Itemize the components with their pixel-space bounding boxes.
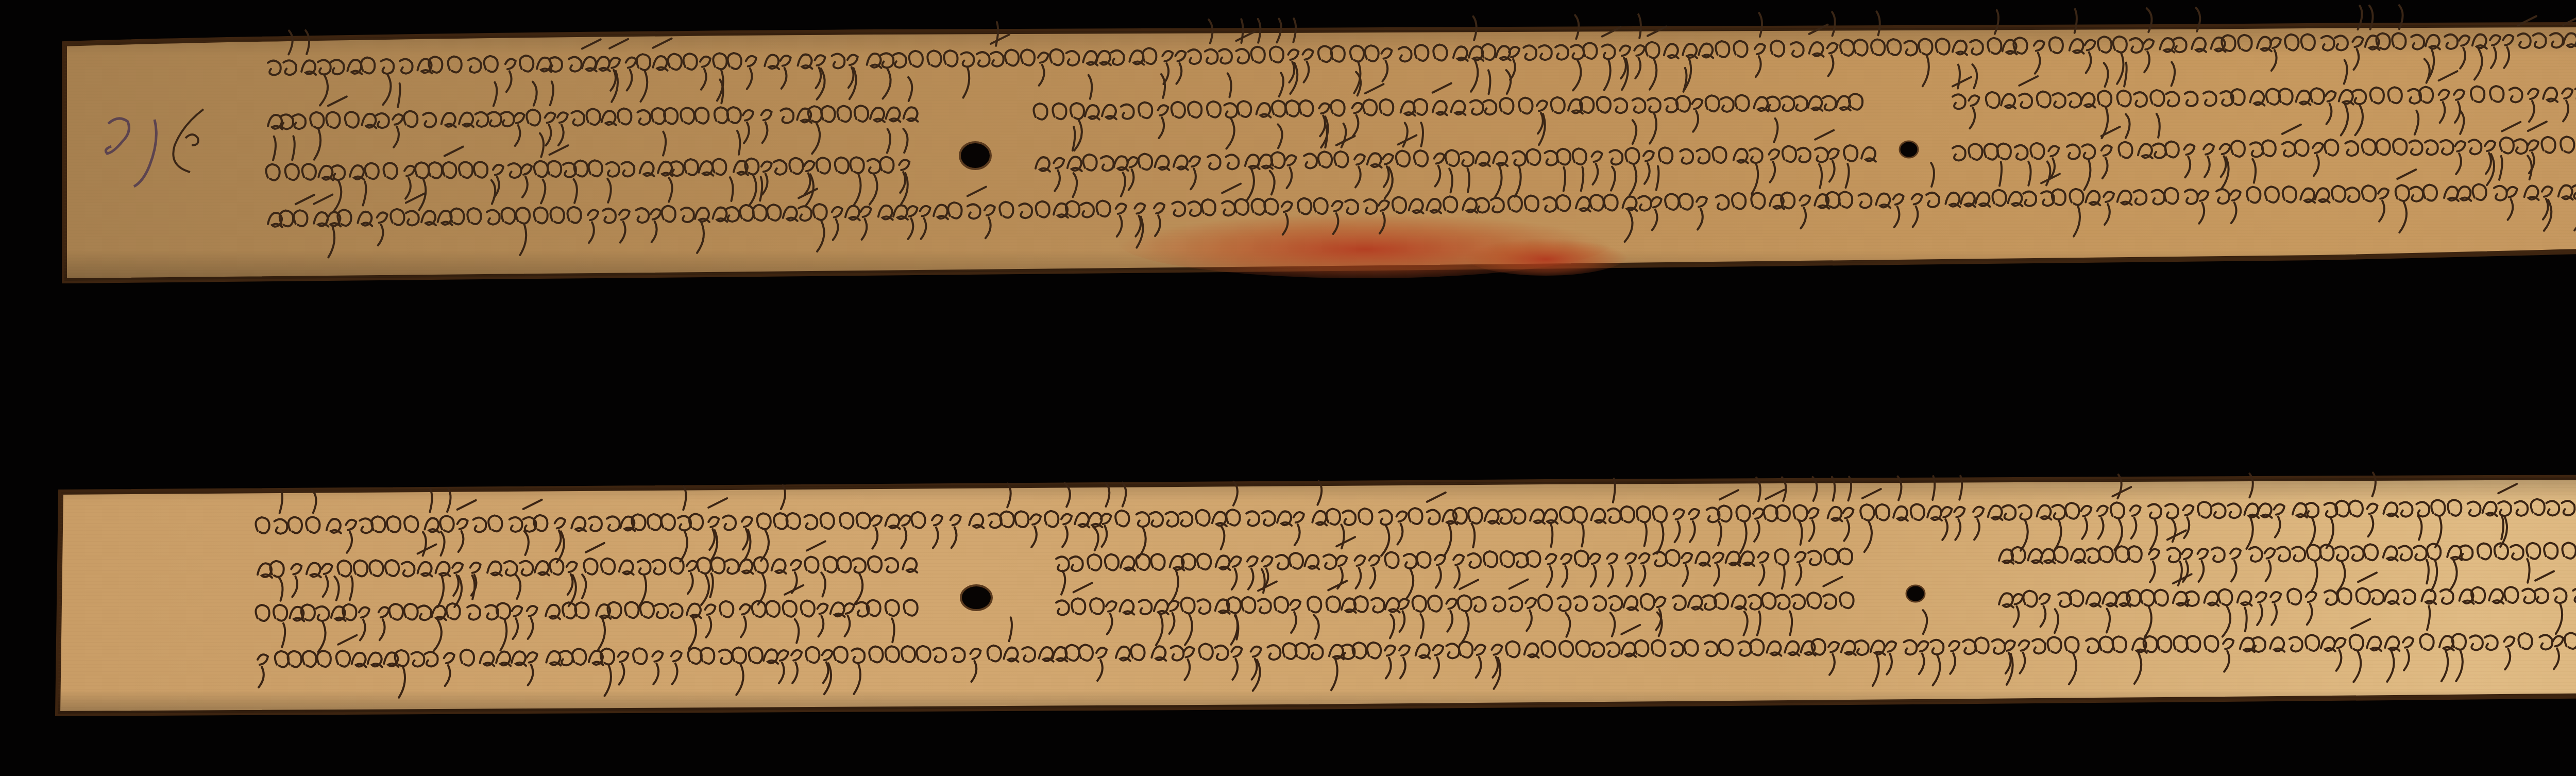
palm-leaf-bottom xyxy=(0,453,2576,742)
binding-hole-right xyxy=(1906,585,1925,602)
binding-hole-left xyxy=(960,142,991,169)
binding-hole-right xyxy=(1900,141,1918,158)
palm-leaf-top xyxy=(0,0,2576,319)
binding-hole-left xyxy=(961,585,992,610)
